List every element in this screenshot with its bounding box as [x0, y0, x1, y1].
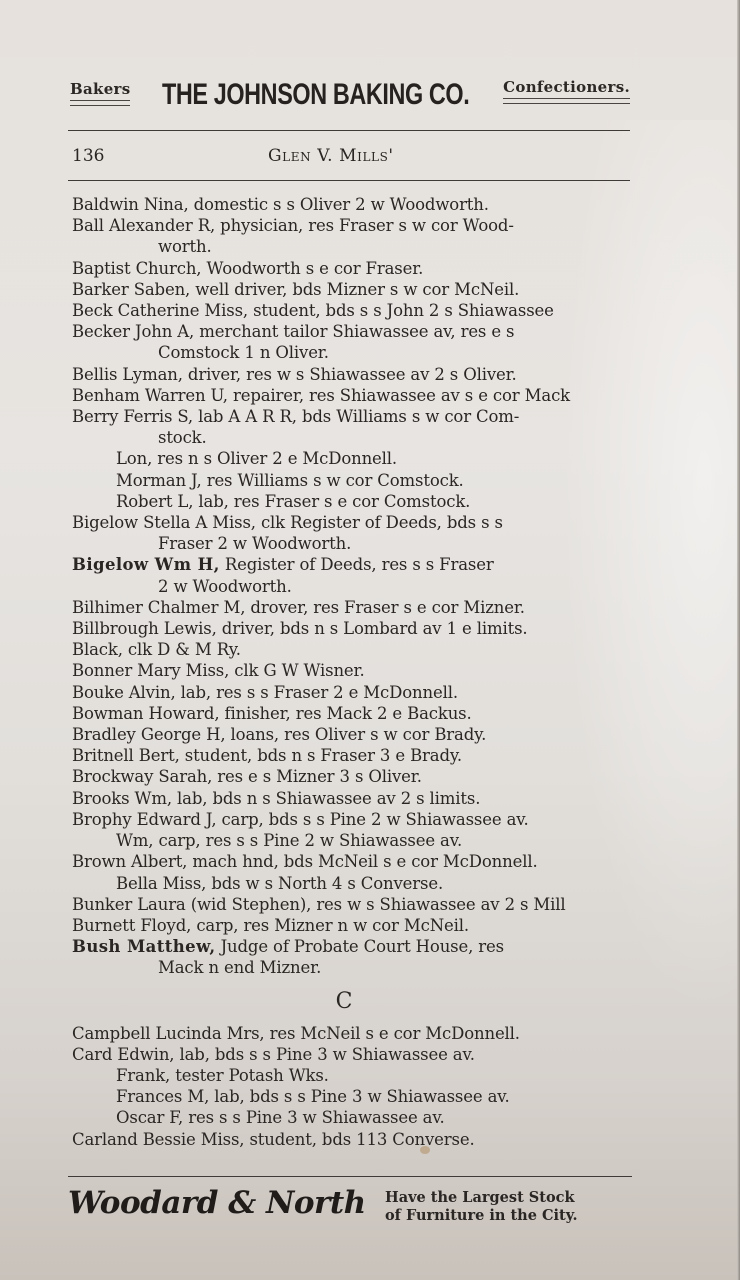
- header-advertisement: Bakers THE JOHNSON BAKING CO. Confection…: [70, 78, 630, 126]
- directory-entry: Campbell Lucinda Mrs, res McNeil s e cor…: [72, 1023, 632, 1044]
- entry-continuation: Fraser 2 w Woodworth.: [72, 533, 632, 554]
- section-b-entries: Baldwin Nina, domestic s s Oliver 2 w Wo…: [72, 194, 632, 979]
- entry-continuation: 2 w Woodworth.: [72, 576, 632, 597]
- section-letter-c: C: [72, 987, 632, 1017]
- ad-tagline-line2: of Furniture in the City.: [385, 1207, 633, 1225]
- directory-entry: Billbrough Lewis, driver, bds n s Lombar…: [72, 618, 632, 639]
- entry-bold-name: Bigelow Wm H,: [72, 555, 220, 574]
- directory-entry: Brown Albert, mach hnd, bds McNeil s e c…: [72, 851, 632, 872]
- entry-continuation: Mack n end Mizner.: [72, 957, 632, 978]
- directory-entry: Bunker Laura (wid Stephen), res w s Shia…: [72, 894, 632, 915]
- directory-entries: Baldwin Nina, domestic s s Oliver 2 w Wo…: [72, 194, 632, 1150]
- entry-continuation: worth.: [72, 236, 632, 257]
- entry-bold-name: Bush Matthew,: [72, 937, 215, 956]
- entry-continuation: stock.: [72, 427, 632, 448]
- running-title: Glen V. Mills': [268, 146, 394, 166]
- section-c-entries: Campbell Lucinda Mrs, res McNeil s e cor…: [72, 1023, 632, 1150]
- directory-entry: Baldwin Nina, domestic s s Oliver 2 w Wo…: [72, 194, 632, 215]
- sub-entry: Frank, tester Potash Wks.: [72, 1065, 632, 1086]
- page-number: 136: [72, 146, 104, 166]
- ad-woodard-north-name: Woodard & North: [68, 1185, 366, 1221]
- directory-entry: Black, clk D & M Ry.: [72, 639, 632, 660]
- sub-entry: Robert L, lab, res Fraser s e cor Comsto…: [72, 491, 632, 512]
- directory-entry: Bellis Lyman, driver, res w s Shiawassee…: [72, 364, 632, 385]
- entry-text: Register of Deeds, res s s Fraser: [220, 555, 494, 574]
- running-head: 136 Glen V. Mills': [72, 146, 628, 168]
- paper-stain: [420, 1146, 430, 1154]
- directory-entry: Becker John A, merchant tailor Shiawasse…: [72, 321, 632, 342]
- ad-confectioners-text: Confectioners.: [503, 78, 630, 96]
- directory-entry: Bilhimer Chalmer M, drover, res Fraser s…: [72, 597, 632, 618]
- directory-entry: Brophy Edward J, carp, bds s s Pine 2 w …: [72, 809, 632, 830]
- directory-entry: Britnell Bert, student, bds n s Fraser 3…: [72, 745, 632, 766]
- directory-entry: Ball Alexander R, physician, res Fraser …: [72, 215, 632, 236]
- directory-entry: Baptist Church, Woodworth s e cor Fraser…: [72, 258, 632, 279]
- directory-entry: Barker Saben, well driver, bds Mizner s …: [72, 279, 632, 300]
- directory-entry: Bradley George H, loans, res Oliver s w …: [72, 724, 632, 745]
- running-head-rule: [68, 180, 630, 181]
- directory-entry: Burnett Floyd, carp, res Mizner n w cor …: [72, 915, 632, 936]
- directory-entry: Bigelow Stella A Miss, clk Register of D…: [72, 512, 632, 533]
- entry-continuation: Comstock 1 n Oliver.: [72, 342, 632, 363]
- ad-tagline: Have the Largest Stock of Furniture in t…: [385, 1189, 633, 1225]
- footer-rule: [68, 1176, 632, 1177]
- ad-bakers-text: Bakers: [70, 80, 130, 98]
- header-rule: [68, 130, 630, 131]
- directory-entry: Beck Catherine Miss, student, bds s s Jo…: [72, 300, 632, 321]
- directory-entry: Benham Warren U, repairer, res Shiawasse…: [72, 385, 632, 406]
- ad-bakers-label: Bakers: [70, 80, 130, 106]
- sub-entry: Morman J, res Williams s w cor Comstock.: [72, 470, 632, 491]
- sub-entry: Wm, carp, res s s Pine 2 w Shiawassee av…: [72, 830, 632, 851]
- directory-entry: Bouke Alvin, lab, res s s Fraser 2 e McD…: [72, 682, 632, 703]
- directory-entry: Bush Matthew, Judge of Probate Court Hou…: [72, 936, 632, 957]
- entry-text: Judge of Probate Court House, res: [215, 937, 504, 956]
- double-underline: [70, 100, 130, 106]
- ad-tagline-line1: Have the Largest Stock: [385, 1189, 633, 1207]
- ad-company-title: THE JOHNSON BAKING CO.: [162, 78, 469, 112]
- sub-entry: Lon, res n s Oliver 2 e McDonnell.: [72, 448, 632, 469]
- sub-entry: Oscar F, res s s Pine 3 w Shiawassee av.: [72, 1107, 632, 1128]
- footer-advertisement: Woodard & North Have the Largest Stock o…: [68, 1185, 633, 1235]
- ad-confectioners-label: Confectioners.: [503, 78, 630, 104]
- double-underline: [503, 98, 630, 104]
- directory-entry: Carland Bessie Miss, student, bds 113 Co…: [72, 1129, 632, 1150]
- directory-entry: Bigelow Wm H, Register of Deeds, res s s…: [72, 554, 632, 575]
- directory-entry: Brooks Wm, lab, bds n s Shiawassee av 2 …: [72, 788, 632, 809]
- directory-entry: Card Edwin, lab, bds s s Pine 3 w Shiawa…: [72, 1044, 632, 1065]
- directory-entry: Bowman Howard, finisher, res Mack 2 e Ba…: [72, 703, 632, 724]
- directory-entry: Brockway Sarah, res e s Mizner 3 s Olive…: [72, 766, 632, 787]
- directory-entry: Bonner Mary Miss, clk G W Wisner.: [72, 660, 632, 681]
- directory-entry: Berry Ferris S, lab A A R R, bds William…: [72, 406, 632, 427]
- sub-entry: Bella Miss, bds w s North 4 s Converse.: [72, 873, 632, 894]
- sub-entry: Frances M, lab, bds s s Pine 3 w Shiawas…: [72, 1086, 632, 1107]
